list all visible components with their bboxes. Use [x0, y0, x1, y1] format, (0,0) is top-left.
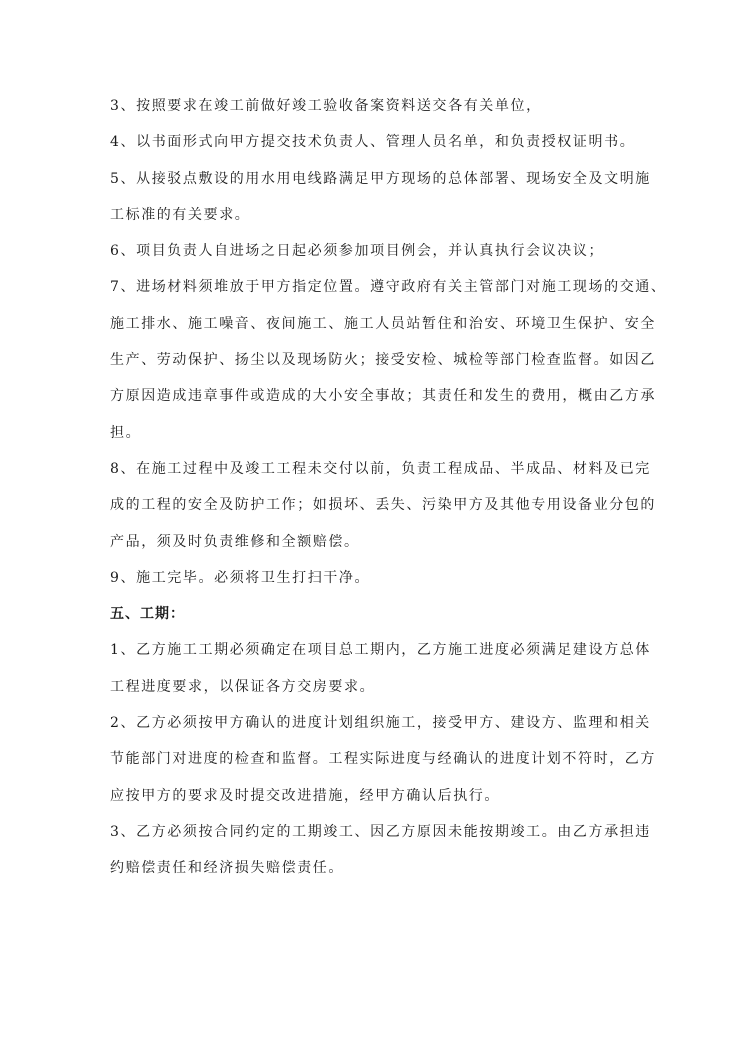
text-line-item8: 8、在施工过程中及竣工工程未交付以前，负责工程成品、半成品、材料及已完 — [110, 457, 640, 493]
text-line-item7-cont2: 生产、劳动保护、扬尘以及现场防火；接受安检、城检等部门检查监督。如因乙 — [110, 348, 640, 384]
text-line-schedule-2-cont1: 节能部门对进度的检查和监督。工程实际进度与经确认的进度计划不符时，乙方 — [110, 747, 640, 783]
text-line-item3: 3、按照要求在竣工前做好竣工验收备案资料送交各有关单位， — [110, 94, 640, 130]
text-line-schedule-2-cont2: 应按甲方的要求及时提交改进措施，经甲方确认后执行。 — [110, 784, 640, 820]
text-line-item8-cont2: 产品，须及时负责维修和全额赔偿。 — [110, 530, 640, 566]
text-line-item5: 5、从接驳点敷设的用水用电线路满足甲方现场的总体部署、现场安全及文明施 — [110, 167, 640, 203]
section-heading-schedule: 五、工期： — [110, 602, 640, 638]
text-line-schedule-3-cont: 约赔偿责任和经济损失赔偿责任。 — [110, 856, 640, 892]
text-line-schedule-1-cont: 工程进度要求，以保证各方交房要求。 — [110, 675, 640, 711]
text-line-item7-cont3: 方原因造成违章事件或造成的大小安全事故；其责任和发生的费用，概由乙方承 — [110, 384, 640, 420]
text-line-item7-cont1: 施工排水、施工噪音、夜间施工、施工人员站暂住和治安、环境卫生保护、安全 — [110, 312, 640, 348]
text-line-schedule-2: 2、乙方必须按甲方确认的进度计划组织施工，接受甲方、建设方、监理和相关 — [110, 711, 640, 747]
document-page: 3、按照要求在竣工前做好竣工验收备案资料送交各有关单位， 4、以书面形式向甲方提… — [110, 94, 640, 893]
text-line-item4: 4、以书面形式向甲方提交技术负责人、管理人员名单，和负责授权证明书。 — [110, 130, 640, 166]
text-line-schedule-3: 3、乙方必须按合同约定的工期竣工、因乙方原因未能按期竣工。由乙方承担违 — [110, 820, 640, 856]
text-line-item9: 9、施工完毕。必须将卫生打扫干净。 — [110, 566, 640, 602]
text-line-item7: 7、进场材料须堆放于甲方指定位置。遵守政府有关主管部门对施工现场的交通、 — [110, 275, 640, 311]
text-line-item6: 6、项目负责人自进场之日起必须参加项目例会，并认真执行会议决议； — [110, 239, 640, 275]
text-line-item5-cont: 工标准的有关要求。 — [110, 203, 640, 239]
text-line-item7-cont4: 担。 — [110, 421, 640, 457]
text-line-schedule-1: 1、乙方施工工期必须确定在项目总工期内，乙方施工进度必须满足建设方总体 — [110, 638, 640, 674]
text-line-item8-cont1: 成的工程的安全及防护工作；如损坏、丢失、污染甲方及其他专用设备业分包的 — [110, 493, 640, 529]
